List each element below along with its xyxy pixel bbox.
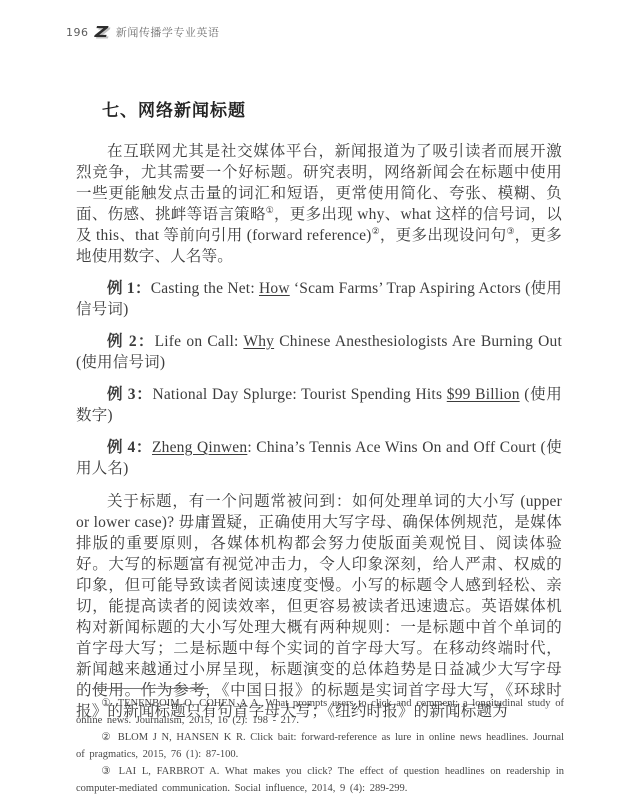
book-title: 新闻传播学专业英语: [116, 24, 220, 40]
footnote-2: ②BLOM J N, HANSEN K R. Click bait: forwa…: [76, 729, 564, 763]
footnote-marker: ③: [101, 766, 111, 777]
footnote-marker: ②: [101, 732, 111, 743]
running-header: 196 Z 新闻传播学专业英语: [66, 24, 219, 40]
paragraph-example-1: 例 1：Casting the Net: How ‘Scam Farms’ Tr…: [76, 278, 562, 320]
book-page: 196 Z 新闻传播学专业英语 七、网络新闻标题 在互联网尤其是社交媒体平台，新…: [0, 0, 638, 800]
footnote-area: ①TENENBOIM O, COHEN A A. What prompts us…: [76, 688, 564, 797]
footnote-ref-marker: ①: [266, 205, 274, 215]
section-title: 七、网络新闻标题: [102, 96, 562, 121]
footnote-separator: [92, 688, 208, 689]
paragraph-example-4: 例 4：Zheng Qinwen: China’s Tennis Ace Win…: [76, 437, 562, 479]
publisher-logo-icon: Z: [94, 25, 108, 40]
page-number: 196: [66, 26, 89, 39]
footnote-1: ①TENENBOIM O, COHEN A A. What prompts us…: [76, 695, 564, 729]
footnote-list: ①TENENBOIM O, COHEN A A. What prompts us…: [76, 695, 564, 797]
footnote-text: BLOM J N, HANSEN K R. Click bait: forwar…: [76, 732, 564, 760]
page-content: 七、网络新闻标题 在互联网尤其是社交媒体平台，新闻报道为了吸引读者而展开激烈竞争…: [76, 96, 562, 722]
paragraph-example-3: 例 3：National Day Splurge: Tourist Spendi…: [76, 384, 562, 426]
footnote-marker: ①: [101, 698, 111, 709]
paragraph-intro: 在互联网尤其是社交媒体平台，新闻报道为了吸引读者而展开激烈竞争，尤其需要一个好标…: [76, 141, 562, 267]
paragraph-example-2: 例 2：Life on Call: Why Chinese Anesthesio…: [76, 331, 562, 373]
footnote-text: LAI L, FARBROT A. What makes you click? …: [76, 766, 564, 794]
footnote-3: ③LAI L, FARBROT A. What makes you click?…: [76, 763, 564, 797]
footnote-ref-marker: ②: [372, 226, 380, 236]
footnote-ref-marker: ③: [506, 226, 514, 236]
body-paragraphs: 在互联网尤其是社交媒体平台，新闻报道为了吸引读者而展开激烈竞争，尤其需要一个好标…: [76, 141, 562, 722]
footnote-text: TENENBOIM O, COHEN A A. What prompts use…: [76, 698, 564, 726]
